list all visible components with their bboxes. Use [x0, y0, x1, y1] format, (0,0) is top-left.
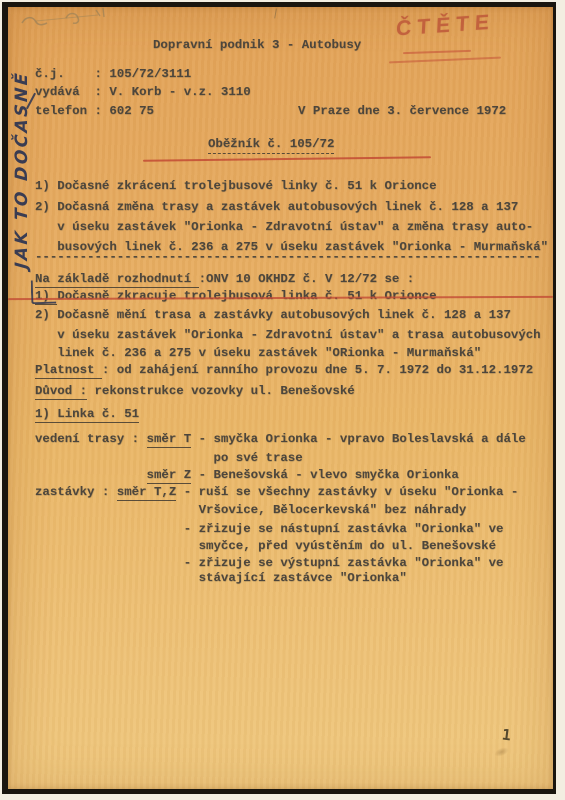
line51-heading-text: 1) Linka č. 51: [35, 407, 139, 423]
reason-text: rekonstrukce vozovky ul. Benešovské: [87, 384, 355, 398]
direction-t-text: - smyčka Orionka - vpravo Boleslavská a …: [191, 432, 526, 446]
validity-text: : od zahájení ranního provozu dne 5. 7. …: [102, 363, 533, 377]
stops-line: stávající zastávce "Orionka": [35, 571, 407, 587]
decision-intro-underlined: Na základě rozhodnutí: [35, 272, 199, 288]
issuer-line: vydává : V. Korb - v.z. 3110: [35, 85, 251, 101]
red-note-underline: [403, 50, 471, 55]
stops-line: smyčce, před vyústěním do ul. Benešovské: [35, 539, 496, 555]
pen-bracket-mark: [31, 280, 57, 305]
subject-line: v úseku zastávek "Orionka - Zdravotní ús…: [35, 220, 533, 236]
circular-title-text: Oběžník č. 105/72: [208, 137, 334, 154]
decision-item-2-cont: linek č. 236 a 275 v úseku zastávek "ORi…: [35, 346, 481, 362]
reason-label: Důvod :: [35, 384, 87, 400]
red-note-underline: [389, 57, 501, 64]
decision-intro: Na základě rozhodnutí :ONV 10 OKHDZ č. V…: [35, 272, 414, 288]
stops-label: zastávky :: [35, 485, 117, 499]
pencil-tick: [274, 8, 283, 19]
pencil-scribble: [8, 0, 138, 40]
direction-z-indent: [35, 468, 147, 482]
direction-z-text: - Benešovská - vlevo smyčka Orionka: [191, 468, 459, 482]
decision-intro-rest: :ONV 10 OKHDZ č. V 12/72 se :: [199, 272, 415, 286]
stops-line: - zřizuje se výstupní zastávka "Orionka"…: [35, 556, 503, 572]
dashed-separator: ----------------------------------------…: [35, 250, 541, 266]
route-direction-t: vedení trasy : směr T - smyčka Orionka -…: [35, 432, 526, 448]
place-date-line: V Praze dne 3. července 1972: [298, 104, 506, 120]
stops-line: Vršovice, Bělocerkevská" bez náhrady: [35, 503, 466, 519]
circular-title: Oběžník č. 105/72: [208, 137, 334, 153]
document-content: Dopravní podnik 3 - Autobusy č.j. : 105/…: [0, 0, 565, 800]
corner-ink-mark: 1: [501, 726, 512, 745]
telephone-line: telefon : 602 75: [35, 104, 154, 120]
stops-line: - zřizuje se nástupní zastávka "Orionka"…: [35, 522, 503, 538]
route-label: vedení trasy :: [35, 432, 147, 446]
subject-line: 1) Dočasné zkrácení trolejbusové linky č…: [35, 179, 437, 195]
corner-ink-smudge: [493, 745, 510, 758]
stops-first-text: - ruší se všechny zastávky v úseku "Orio…: [176, 485, 518, 499]
validity-label: Platnost: [35, 363, 102, 379]
validity-line: Platnost : od zahájení ranního provozu d…: [35, 363, 533, 379]
reason-line: Důvod : rekonstrukce vozovky ul. Benešov…: [35, 384, 355, 400]
red-handwritten-note: ČTĚTE: [395, 10, 495, 41]
ref-number-line: č.j. : 105/72/3111: [35, 67, 191, 83]
department-heading: Dopravní podnik 3 - Autobusy: [153, 38, 361, 54]
decision-item-2-cont: v úseku zastávek "Orionka - Zdravotní ús…: [35, 328, 541, 344]
line51-heading: 1) Linka č. 51: [35, 407, 139, 423]
subject-line: 2) Dočasná změna trasy a zastávek autobu…: [35, 200, 518, 216]
direction-z-label: směr Z: [147, 468, 192, 484]
stops-direction-tz: zastávky : směr T,Z - ruší se všechny za…: [35, 485, 518, 501]
direction-tz-label: směr T,Z: [117, 485, 177, 501]
decision-item-2: 2) Dočasně mění trasa a zastávky autobus…: [35, 308, 511, 324]
red-title-underline: [143, 156, 431, 162]
route-direction-t-cont: po své trase: [35, 451, 303, 467]
direction-t-label: směr T: [147, 432, 192, 448]
route-direction-z: směr Z - Benešovská - vlevo smyčka Orion…: [35, 468, 459, 484]
